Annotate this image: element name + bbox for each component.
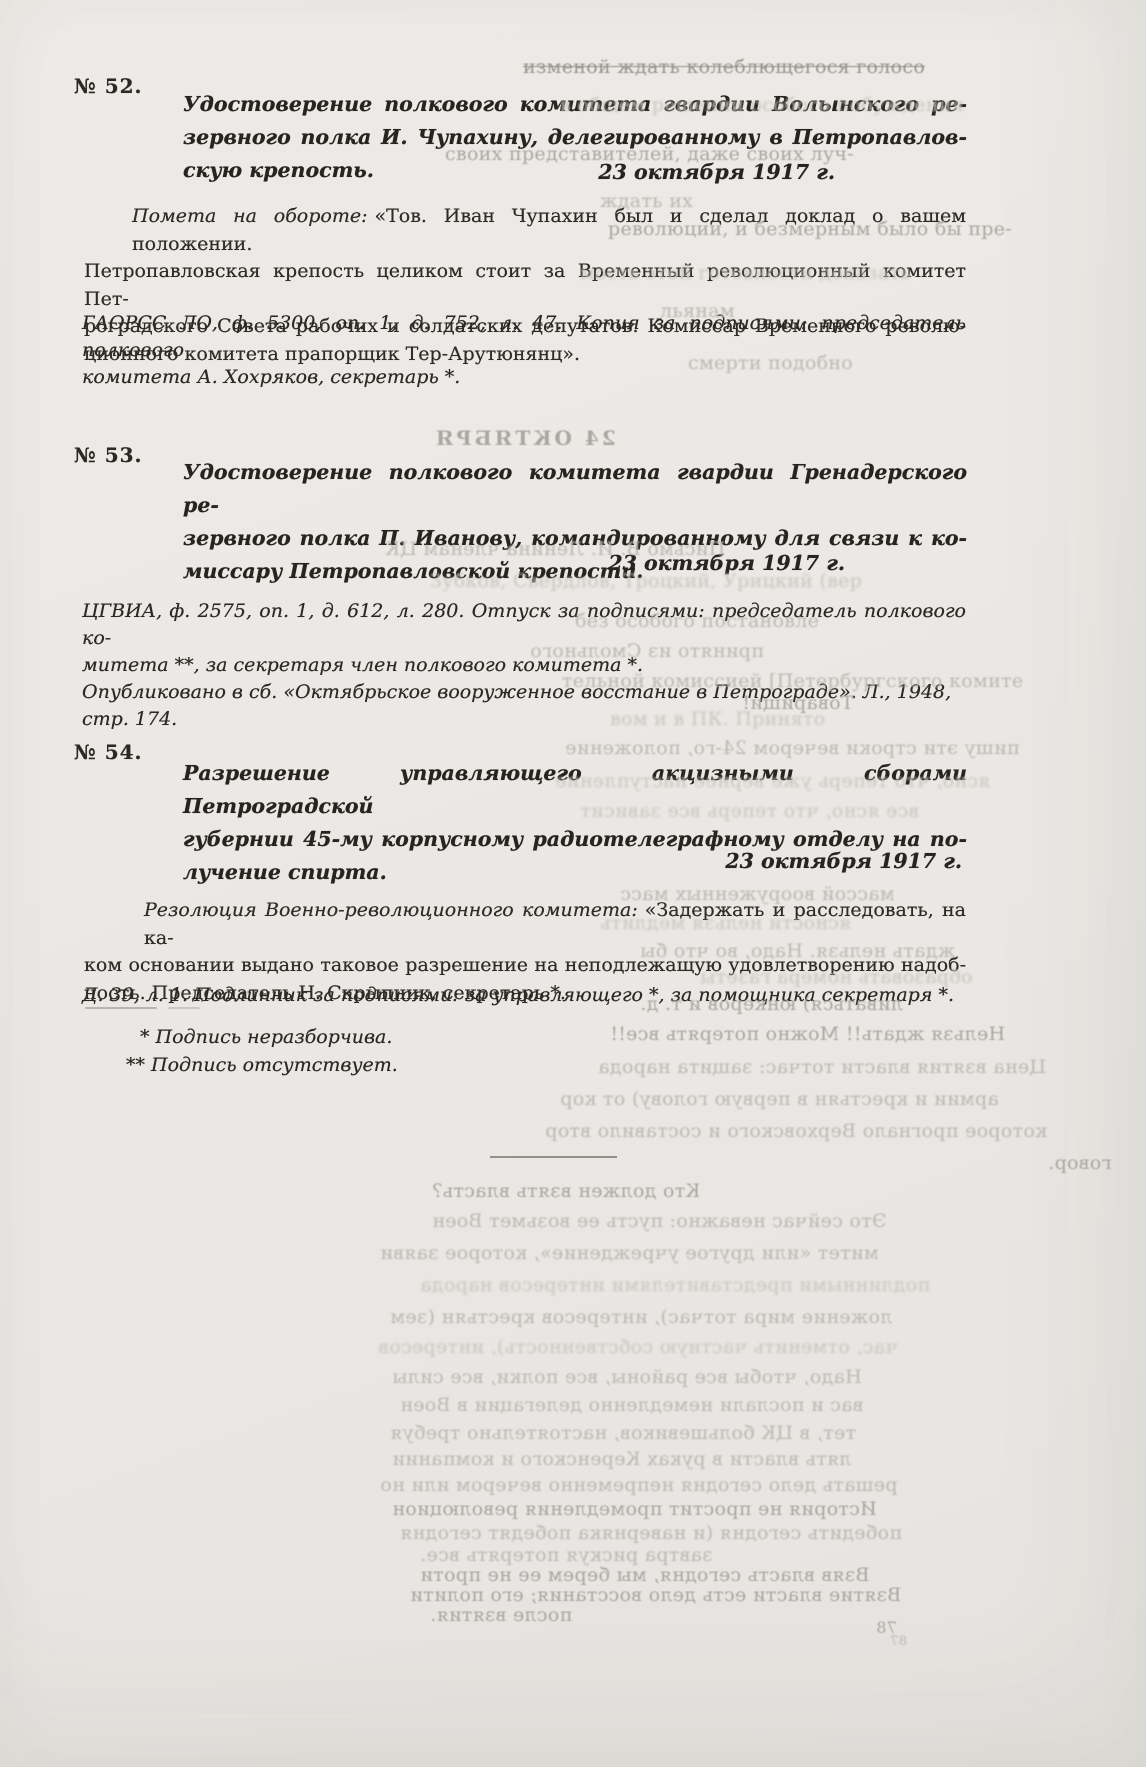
scanned-document-page: № 52. Удостоверение полкового комитета г…: [0, 0, 1146, 1767]
ghost-text-line: ясности нельзя медлить: [600, 912, 851, 934]
ghost-text-line: тет, в ЦК большевиков, настоятельно треб…: [390, 1422, 856, 1444]
document-date: 23 октября 1917 г.: [725, 849, 962, 873]
ghost-text-line: пишу эти строки вечером 24-го, положение: [565, 737, 1020, 759]
ghost-text-line: армии и крестьян в первую голову) от кор: [560, 1088, 999, 1110]
source-citation: ГАОРСС ЛО, ф. 5300, оп. 1, д. 752, л. 47…: [82, 310, 966, 391]
ghost-text-line: Цена взятия власти тотчас: защита народа: [598, 1056, 1046, 1078]
ghost-text-line: 24 ОКТЯБРЯ: [433, 426, 616, 450]
ghost-text-line: смерти подобно: [688, 352, 853, 374]
ghost-text-line: лять власти в руках Керенского и компани…: [392, 1448, 851, 1470]
ghost-text-line: ждать нельзя. Надо, во что бы: [640, 940, 955, 962]
ghost-text-line: говор.: [1048, 1152, 1112, 1174]
footnote-separator: [168, 1007, 200, 1009]
ghost-text-line: которое прогнало Верховского и составило…: [545, 1120, 1047, 1142]
ghost-text-line: ясно, что теперь уже вернее наступление: [555, 770, 990, 792]
ghost-text-line: решать дело сегодня непременно вечером и…: [380, 1474, 897, 1496]
body-lead: Помета на обороте:: [132, 205, 368, 227]
ghost-text-line: победить сегодня (и наверняка победят се…: [400, 1522, 902, 1544]
document-number: № 53.: [74, 443, 143, 467]
source-line: ЦГВИА, ф. 2575, оп. 1, д. 612, л. 280. О…: [82, 598, 966, 652]
ghost-text-line: Письмо В. И. Ленина членам ЦК: [385, 538, 725, 560]
ghost-text-line: час, отменить частную собственность), ин…: [378, 1336, 898, 1358]
ghost-text-line: мость этой готовности доказать: [580, 262, 911, 284]
ghost-text-line: ждать их: [600, 190, 693, 212]
document-title: Удостоверение полкового комитета гвардии…: [183, 456, 967, 588]
document-number: № 52.: [74, 74, 143, 98]
ghost-text-line: Надо, чтобы все районы, все полки, все с…: [392, 1366, 862, 1388]
ghost-text-line: вас и послали немедленно делегации в Вое…: [400, 1394, 864, 1416]
ghost-text-line: все ясно, что теперь все зависит: [580, 800, 919, 822]
ghost-text-line: своих представителей, даже своих луч-: [445, 143, 854, 165]
ghost-text-line: после взятия.: [430, 1604, 572, 1626]
footnote: * Подпись неразборчива.: [140, 1026, 392, 1048]
ghost-text-line: ливаться) юнкеров и т. д.: [640, 993, 903, 1015]
ghost-text-line: Нельзя ждать!! Можно потерять все!!: [610, 1023, 1005, 1045]
ghost-text-line: Кто должен взять власть?: [432, 1180, 700, 1202]
ghost-text-line: завтра рискуя потерять все.: [420, 1544, 713, 1566]
ghost-text-line: без особого постановле: [575, 610, 819, 632]
ghost-text-line: революции, и безмерным было бы пре-: [608, 218, 1012, 240]
ghost-text-line: Это сейчас неважно: пусть ее возьмет Вое…: [432, 1210, 887, 1232]
ghost-text-line: Зубков, Свердлов, Троцкий, Урицкий (вер: [430, 570, 862, 592]
bleedthrough-divider: [490, 1156, 617, 1158]
ghost-text-line: ложение мира тотчас), интересов крестьян…: [390, 1306, 892, 1328]
ghost-text-line: История не простит промедления революцио…: [392, 1498, 877, 1520]
document-number: № 54.: [74, 740, 143, 764]
ghost-text-line: Взяв власть сегодня, мы берем ее не прот…: [420, 1564, 869, 1586]
ghost-text-line: митет «или другое учреждение», которое з…: [380, 1242, 879, 1264]
ghost-text-line: льянам: [660, 300, 735, 322]
footnote: ** Подпись отсутствует.: [126, 1054, 398, 1076]
ghost-text-line: тельной комиссией [Петербургского комите: [562, 670, 1023, 692]
body-lead: Резолюция Военно-революционного комитета…: [144, 899, 638, 921]
ghost-text-line: в общем решении особого побуждения: [560, 94, 964, 116]
ghost-text-line: принято из Смольного: [530, 640, 764, 662]
ghost-text-line: массой вооруженных масс: [620, 883, 895, 905]
document-title-line: Удостоверение полкового комитета гвардии…: [183, 456, 967, 522]
ghost-text-line: образовать номера газеты: [700, 966, 972, 988]
ghost-text-line: вом и в ПК. Принято: [610, 708, 825, 730]
ghost-text-line: изменой ждать колеблющегося голосо: [523, 56, 925, 78]
ghost-text-line: 87: [890, 1634, 907, 1649]
ghost-text-line: Взятие власти есть дело восстания; его п…: [410, 1584, 901, 1606]
footnote-separator: [85, 1007, 157, 1009]
ghost-text-line: подлинными представителями интересов нар…: [420, 1274, 930, 1296]
